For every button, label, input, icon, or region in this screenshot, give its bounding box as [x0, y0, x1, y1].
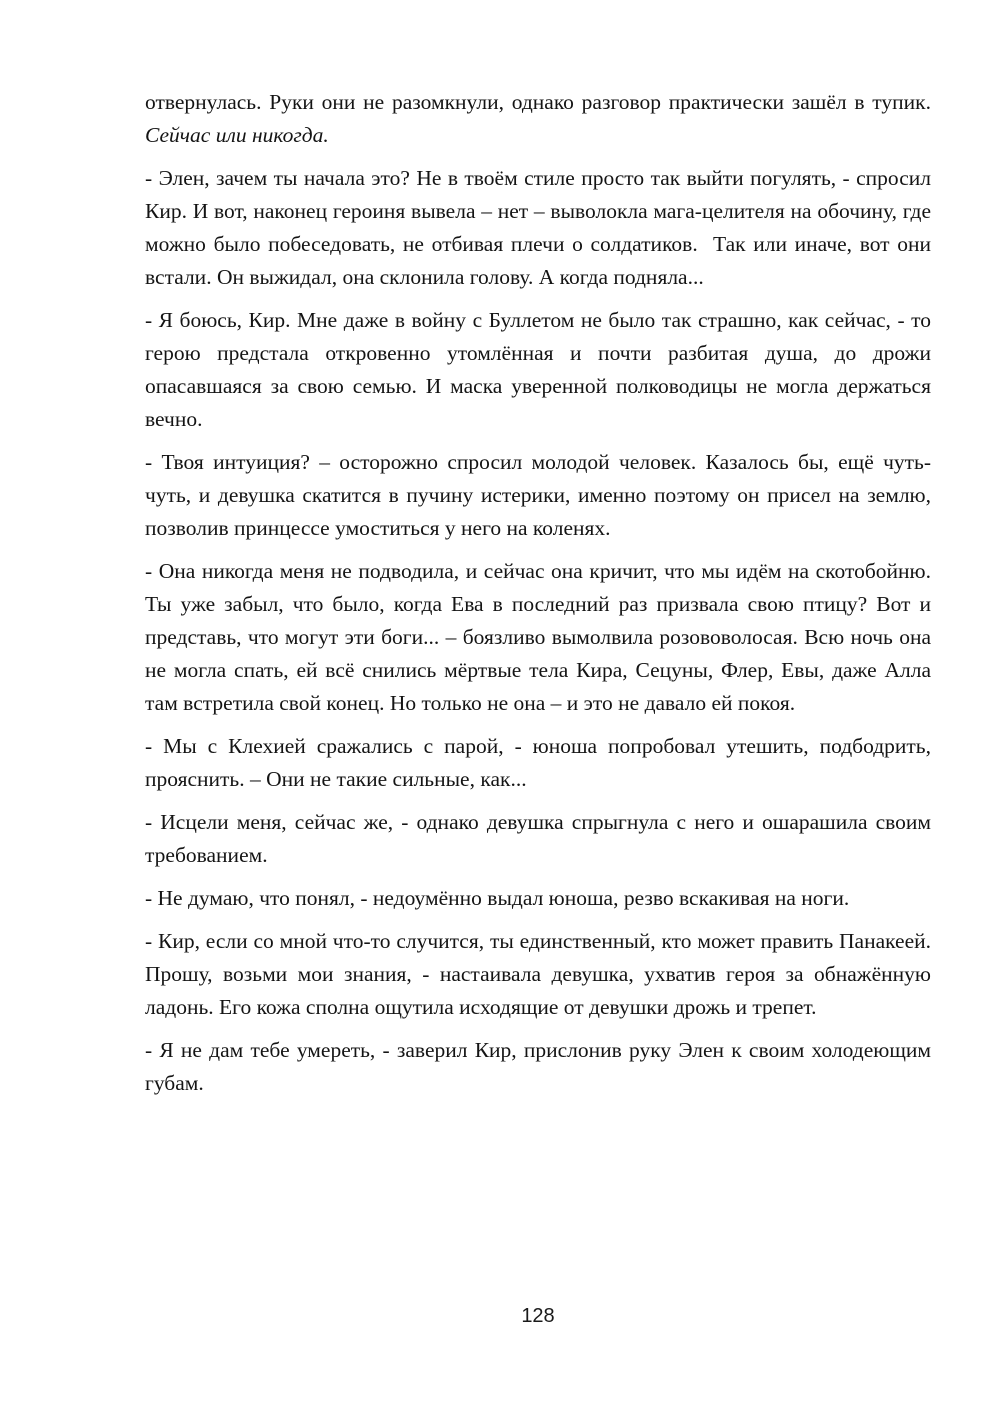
paragraph: - Я не дам тебе умереть, - заверил Кир, … [145, 1034, 931, 1100]
paragraph: - Элен, зачем ты начала это? Не в твоём … [145, 162, 931, 294]
paragraph: - Твоя интуиция? – осторожно спросил мол… [145, 446, 931, 545]
opening-regular-text: отвернулась. Руки они не разомкнули, одн… [145, 90, 931, 114]
document-page: отвернулась. Руки они не разомкнули, одн… [0, 0, 1000, 1414]
opening-italic-text: Сейчас или никогда. [145, 123, 329, 147]
page-text: отвернулась. Руки они не разомкнули, одн… [145, 86, 931, 1110]
page-number: 128 [145, 1305, 931, 1328]
paragraph: - Исцели меня, сейчас же, - однако девуш… [145, 806, 931, 872]
paragraph: - Не думаю, что понял, - недоумённо выда… [145, 882, 931, 915]
paragraph: - Мы с Клехией сражались с парой, - юнош… [145, 730, 931, 796]
paragraph-opening: отвернулась. Руки они не разомкнули, одн… [145, 86, 931, 152]
paragraph: - Кир, если со мной что-то случится, ты … [145, 925, 931, 1024]
paragraph: - Я боюсь, Кир. Мне даже в войну с Булле… [145, 304, 931, 436]
paragraph: - Она никогда меня не подводила, и сейча… [145, 555, 931, 720]
